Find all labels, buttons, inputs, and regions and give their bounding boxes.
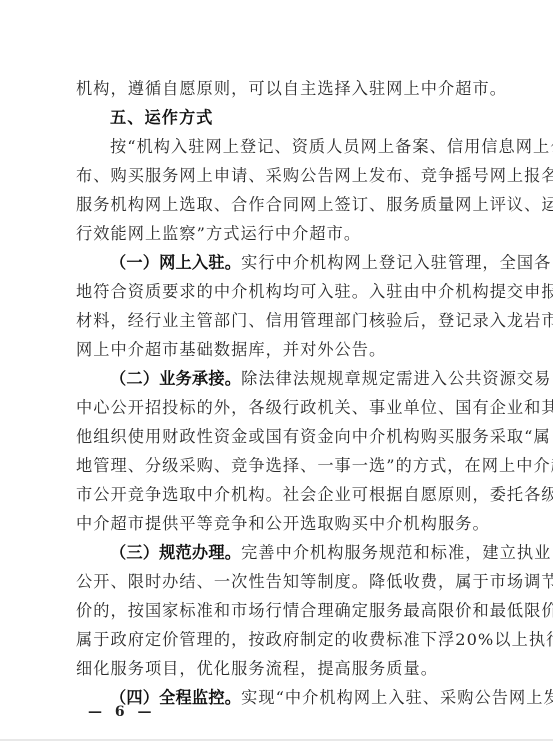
- text-line: 市公开竞争选取中介机构。社会企业可根据自愿原则，委托各级: [76, 480, 476, 509]
- text-line: 中介超市提供平等竞争和公开选取购买中介机构服务。: [76, 509, 476, 538]
- subsection-line: （三）规范办理。完善中介机构服务规范和标准，建立执业: [76, 538, 476, 567]
- text-line: 公开、限时办结、一次性告知等制度。降低收费，属于市场调节: [76, 567, 476, 596]
- page-number: — 6 —: [88, 704, 156, 720]
- subsection-title: （一）网上入驻。: [110, 253, 241, 272]
- text-line: 机构，遵循自愿原则，可以自主选择入驻网上中介超市。: [76, 74, 476, 103]
- text-line: 地管理、分级采购、竞争选择、一事一选”的方式，在网上中介超: [76, 451, 476, 480]
- text-span: 实行中介机构网上登记入驻管理，全国各: [241, 253, 551, 272]
- subsection-line: （一）网上入驻。实行中介机构网上登记入驻管理，全国各: [76, 248, 476, 277]
- text-line: 材料，经行业主管部门、信用管理部门核验后，登记录入龙岩市: [76, 306, 476, 335]
- body-text: 机构，遵循自愿原则，可以自主选择入驻网上中介超市。 五、运作方式 按“机构入驻网…: [76, 74, 476, 712]
- subsection-title: （二）业务承接。: [110, 369, 241, 388]
- text-line: 他组织使用财政性资金或国有资金向中介机构购买服务采取“属: [76, 422, 476, 451]
- text-line: 布、购买服务网上申请、采购公告网上发布、竞争摇号网上报名、: [76, 161, 476, 190]
- text-span: 完善中介机构服务规范和标准，建立执业: [241, 543, 551, 562]
- subsection-title: （三）规范办理。: [110, 543, 241, 562]
- text-line: 按“机构入驻网上登记、资质人员网上备案、信用信息网上公: [76, 132, 476, 161]
- text-line: 中心公开招投标的外，各级行政机关、事业单位、国有企业和其: [76, 393, 476, 422]
- text-line: 行效能网上监察”方式运行中介超市。: [76, 219, 476, 248]
- subsection-line: （二）业务承接。除法律法规规章规定需进入公共资源交易: [76, 364, 476, 393]
- document-page: 机构，遵循自愿原则，可以自主选择入驻网上中介超市。 五、运作方式 按“机构入驻网…: [0, 0, 553, 739]
- text-line: 地符合资质要求的中介机构均可入驻。入驻由中介机构提交申报: [76, 277, 476, 306]
- text-line: 网上中介超市基础数据库，并对外公告。: [76, 335, 476, 364]
- text-span: 除法律法规规章规定需进入公共资源交易: [241, 369, 551, 388]
- text-line: 属于政府定价管理的，按政府制定的收费标准下浮20%以上执行。: [76, 625, 476, 654]
- text-line: 服务机构网上选取、合作合同网上签订、服务质量网上评议、运: [76, 190, 476, 219]
- text-line: 价的，按国家标准和市场行情合理确定服务最高限价和最低限价；: [76, 596, 476, 625]
- text-line: 细化服务项目，优化服务流程，提高服务质量。: [76, 654, 476, 683]
- section-heading: 五、运作方式: [76, 103, 476, 132]
- text-span: 实现“中介机构网上入驻、采购公告网上发: [241, 688, 553, 707]
